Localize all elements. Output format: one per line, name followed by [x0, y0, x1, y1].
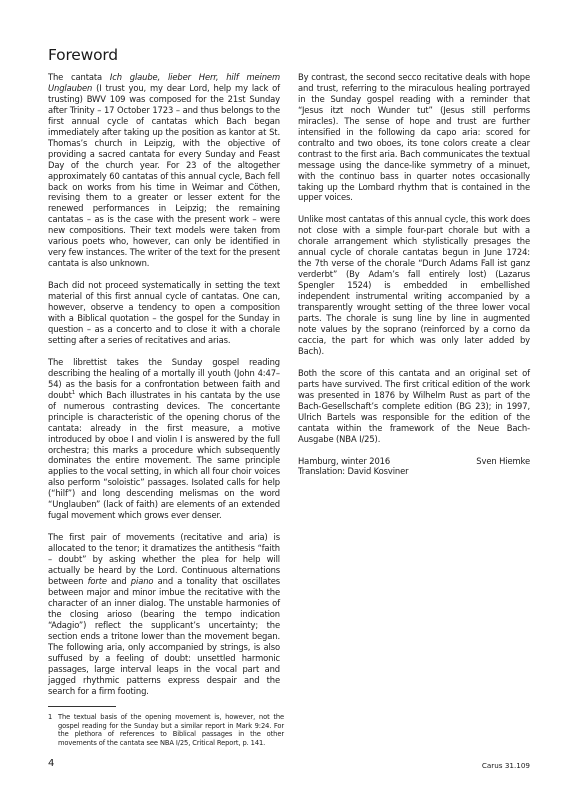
page-title: Foreword: [48, 46, 118, 64]
forte-term: forte: [88, 576, 107, 586]
text-run: which Bach illustrates in his cantata by…: [48, 390, 280, 520]
signature-block: Hamburg, winter 2016 Sven Hiemke Transla…: [298, 456, 530, 478]
paragraph-secco-recitative: By contrast, the second secco recitative…: [298, 72, 530, 203]
right-column: By contrast, the second secco recitative…: [298, 72, 530, 477]
translator-credit: Translation: David Kosviner: [298, 466, 530, 477]
footnote-number: 1: [48, 713, 58, 747]
left-column: The cantata Ich glaube, lieber Herr, hil…: [48, 72, 280, 696]
paragraph-editions: Both the score of this cantata and an or…: [298, 368, 530, 445]
catalog-number: Carus 31.109: [482, 761, 530, 770]
paragraph-text-setting: Bach did not proceed systematically in s…: [48, 280, 280, 346]
text-run: (I trust you, my dear Lord, help my lack…: [48, 83, 280, 268]
place-date: Hamburg, winter 2016: [298, 456, 390, 467]
paragraph-librettist: The librettist takes the Sunday gospel r…: [48, 357, 280, 521]
author-name: Sven Hiemke: [476, 456, 530, 467]
footnote-text: The textual basis of the opening movemen…: [58, 713, 284, 747]
paragraph-chorale: Unlike most cantatas of this annual cycl…: [298, 214, 530, 356]
page-number: 4: [48, 758, 54, 769]
text-run: and: [107, 576, 131, 586]
paragraph-intro: The cantata Ich glaube, lieber Herr, hil…: [48, 72, 280, 269]
text-run: The cantata: [48, 72, 110, 82]
paragraph-first-movements: The first pair of movements (recitative …: [48, 532, 280, 696]
footnote-divider: [48, 706, 116, 707]
piano-term: piano: [131, 576, 154, 586]
text-run: and a tonality that oscillates between m…: [48, 576, 280, 696]
footnote: 1 The textual basis of the opening movem…: [48, 713, 284, 747]
